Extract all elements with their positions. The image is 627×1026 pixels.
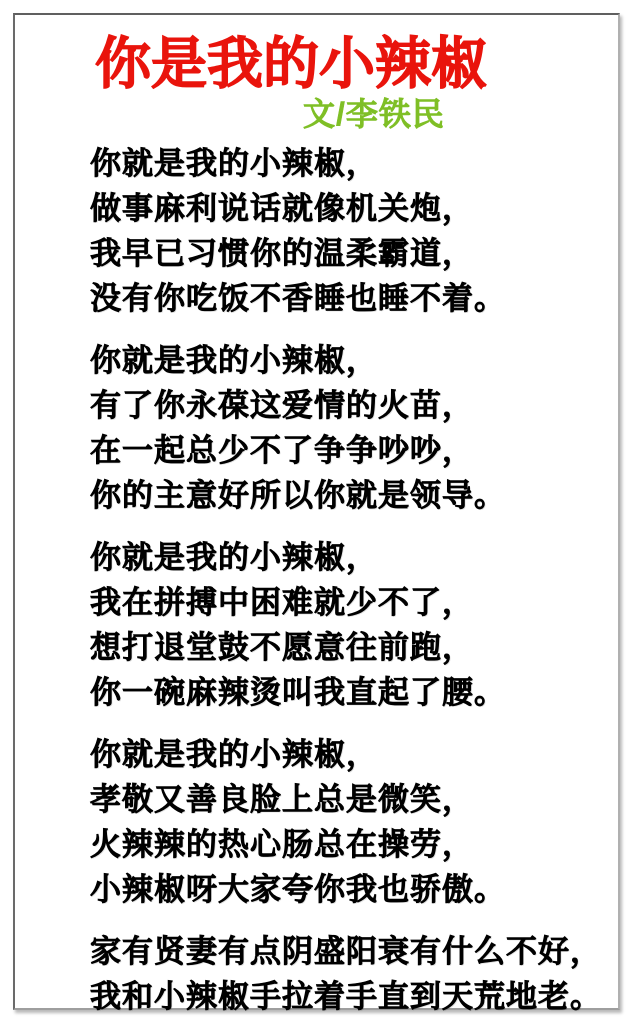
poem-body: 你就是我的小辣椒，做事麻利说话就像机关炮，我早已习惯你的温柔霸道，没有你吃饭不香… — [90, 141, 615, 1019]
stanza: 你就是我的小辣椒，有了你永葆这爱情的火苗，在一起总少不了争争吵吵，你的主意好所以… — [90, 338, 615, 518]
poem-line: 家有贤妻有点阴盛阳衰有什么不好， — [90, 929, 615, 974]
stanza: 你就是我的小辣椒，孝敬又善良脸上总是微笑，火辣辣的热心肠总在操劳，小辣椒呀大家夸… — [90, 732, 615, 912]
poem-line: 小辣椒呀大家夸你我也骄傲。 — [90, 867, 615, 912]
poem-line: 你一碗麻辣烫叫我直起了腰。 — [90, 670, 615, 715]
poem-title: 你是我的小辣椒 — [95, 36, 487, 92]
poem-line: 你就是我的小辣椒， — [90, 732, 615, 777]
poem-byline: 文/李铁民 — [303, 97, 445, 132]
poem-line: 你就是我的小辣椒， — [90, 141, 615, 186]
poem-line: 我在拼搏中困难就少不了， — [90, 580, 615, 625]
stanza: 你就是我的小辣椒，做事麻利说话就像机关炮，我早已习惯你的温柔霸道，没有你吃饭不香… — [90, 141, 615, 321]
poem-line: 有了你永葆这爱情的火苗， — [90, 383, 615, 428]
poem-line: 你的主意好所以你就是领导。 — [90, 473, 615, 518]
poem-line: 孝敬又善良脸上总是微笑， — [90, 777, 615, 822]
poem-page: 你是我的小辣椒 文/李铁民 你就是我的小辣椒，做事麻利说话就像机关炮，我早已习惯… — [0, 0, 627, 1026]
stanza: 你就是我的小辣椒，我在拼搏中困难就少不了，想打退堂鼓不愿意往前跑，你一碗麻辣烫叫… — [90, 535, 615, 715]
poem-line: 我早已习惯你的温柔霸道， — [90, 231, 615, 276]
poem-line: 做事麻利说话就像机关炮， — [90, 186, 615, 231]
poem-line: 你就是我的小辣椒， — [90, 535, 615, 580]
stanza: 家有贤妻有点阴盛阳衰有什么不好，我和小辣椒手拉着手直到天荒地老。 — [90, 929, 615, 1019]
poem-line: 火辣辣的热心肠总在操劳， — [90, 822, 615, 867]
poem-line: 在一起总少不了争争吵吵， — [90, 428, 615, 473]
poem-line: 你就是我的小辣椒， — [90, 338, 615, 383]
poem-line: 没有你吃饭不香睡也睡不着。 — [90, 276, 615, 321]
poem-line: 想打退堂鼓不愿意往前跑， — [90, 625, 615, 670]
poem-line: 我和小辣椒手拉着手直到天荒地老。 — [90, 974, 615, 1019]
